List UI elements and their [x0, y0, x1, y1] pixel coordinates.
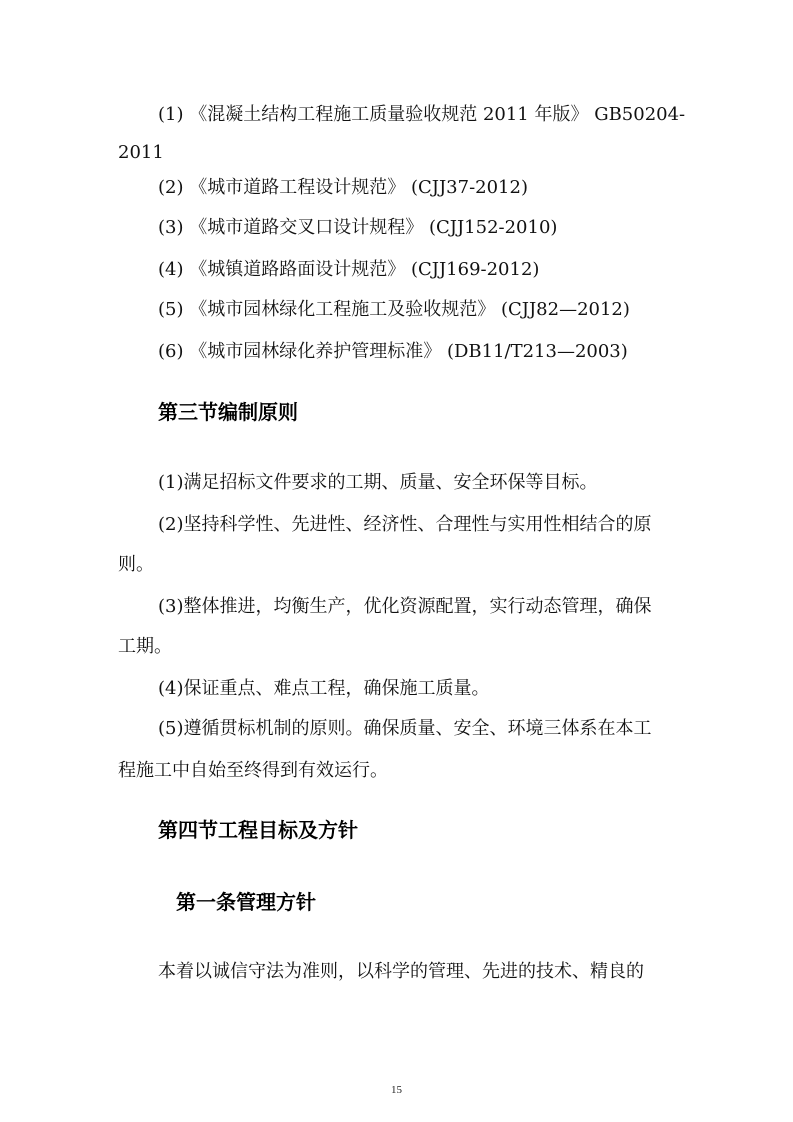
policy-paragraph: 本着以诚信守法为准则，以科学的管理、先进的技术、精良的 [158, 960, 644, 984]
reference-item-5: (5) 《城市园林绿化工程施工及验收规范》 (CJJ82—2012) [158, 298, 630, 322]
reference-item-1: (1) 《混凝土结构工程施工质量验收规范 2011 年版》 GB50204- [158, 103, 685, 127]
principle-item-5: (5)遵循贯标机制的原则。确保质量、安全、环境三体系在本工 [158, 717, 652, 741]
principle-item-5-continued: 程施工中自始至终得到有效运行。 [118, 759, 388, 783]
principle-item-3-continued: 工期。 [118, 635, 172, 659]
subheading-management-policy: 第一条管理方针 [176, 890, 316, 914]
page-number: 15 [0, 1084, 793, 1096]
section-heading-project-goals: 第四节工程目标及方针 [158, 818, 358, 842]
reference-item-3: (3) 《城市道路交叉口设计规程》 (CJJ152-2010) [158, 216, 557, 240]
reference-item-4: (4) 《城镇道路路面设计规范》 (CJJ169-2012) [158, 258, 539, 282]
section-heading-compilation-principles: 第三节编制原则 [158, 400, 298, 424]
reference-item-6: (6) 《城市园林绿化养护管理标准》 (DB11/T213—2003) [158, 340, 628, 364]
principle-item-4: (4)保证重点、难点工程，确保施工质量。 [158, 677, 490, 701]
principle-item-2-continued: 则。 [118, 553, 154, 577]
reference-item-1-continued: 2011 [118, 141, 164, 165]
reference-item-2: (2) 《城市道路工程设计规范》 (CJJ37-2012) [158, 176, 528, 200]
document-page: (1) 《混凝土结构工程施工质量验收规范 2011 年版》 GB50204- 2… [0, 0, 793, 1122]
principle-item-2: (2)坚持科学性、先进性、经济性、合理性与实用性相结合的原 [158, 513, 652, 537]
principle-item-1: (1)满足招标文件要求的工期、质量、安全环保等目标。 [158, 471, 598, 495]
principle-item-3: (3)整体推进，均衡生产，优化资源配置，实行动态管理，确保 [158, 595, 652, 619]
